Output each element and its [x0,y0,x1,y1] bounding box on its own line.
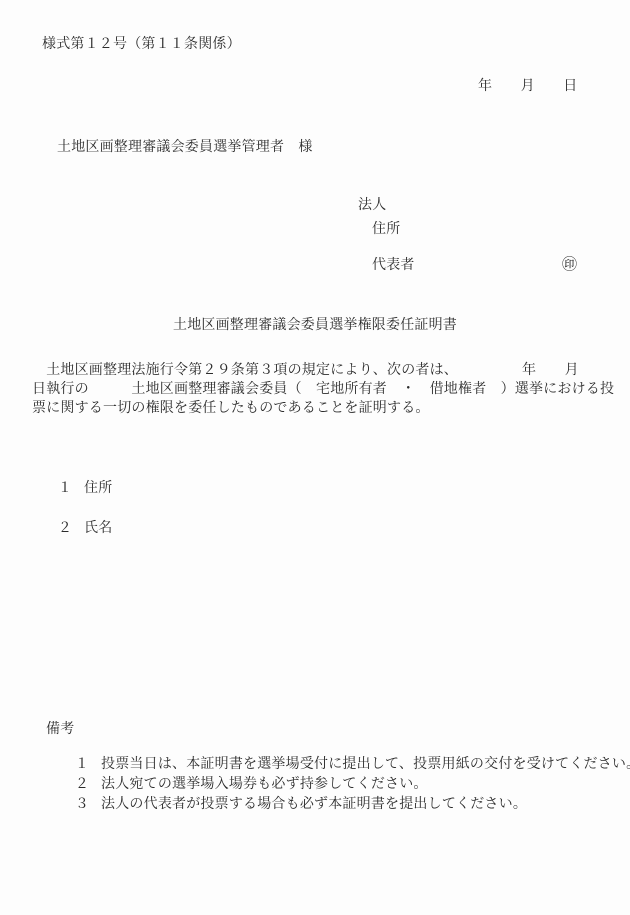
corporate-entity-label: 法人 [358,198,386,213]
remarks-item-3: ３法人の代表者が投票する場合も必ず本証明書を提出してください。 [60,782,527,828]
remarks-item-3-number: ３ [75,797,89,812]
document-title: 土地区画整理審議会委員選挙権限委任証明書 [0,318,630,333]
field-name: ２氏名 [43,506,112,552]
remarks-heading: 備考 [46,722,74,737]
body-line-2: 日執行の 土地区画整理審議会委員（ 宅地所有者 ・ 借地権者 ）選挙における投 [32,382,614,397]
seal-mark-icon: ㊞ [562,257,577,274]
document-page: 様式第１２号（第１１条関係） 年 月 日 土地区画整理審議会委員選挙管理者 様 … [0,0,630,915]
field-name-label: 氏名 [84,521,112,536]
field-name-number: ２ [58,521,72,536]
representative-label: 代表者 [372,258,415,273]
date-line: 年 月 日 [478,79,577,94]
body-line-3: 票に関する一切の権限を委任したものであることを証明する。 [32,401,430,416]
corporate-address-label: 住所 [372,222,400,237]
field-address-label: 住所 [84,481,112,496]
remarks-item-3-text: 法人の代表者が投票する場合も必ず本証明書を提出してください。 [101,797,527,812]
field-address-number: １ [58,481,72,496]
body-line-1: 土地区画整理法施行令第２９条第３項の規定により、次の者は、 年 月 [32,363,579,378]
addressee-line: 土地区画整理審議会委員選挙管理者 様 [57,140,313,155]
form-number: 様式第１２号（第１１条関係） [42,37,241,52]
